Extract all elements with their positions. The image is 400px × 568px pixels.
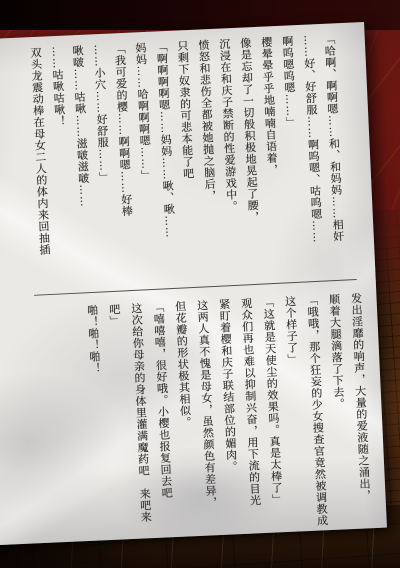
text-section-top: 「哈啊、啊啊嗯……和、和妈妈……相奸……好、好舒服……啊呜嗯、咕呜嗯……啊呜嗯呜…	[13, 33, 349, 286]
paper-page: 「哈啊、啊啊嗯……和、和妈妈……相奸……好、好舒服……啊呜嗯、咕呜嗯……啊呜嗯呜…	[0, 22, 387, 546]
text-section-bottom: 发出淫靡的响声，大量的爱液随之涌出，顺着大腿滴落了下去。「哦哦，那个狂妄的少女搜…	[25, 292, 377, 541]
